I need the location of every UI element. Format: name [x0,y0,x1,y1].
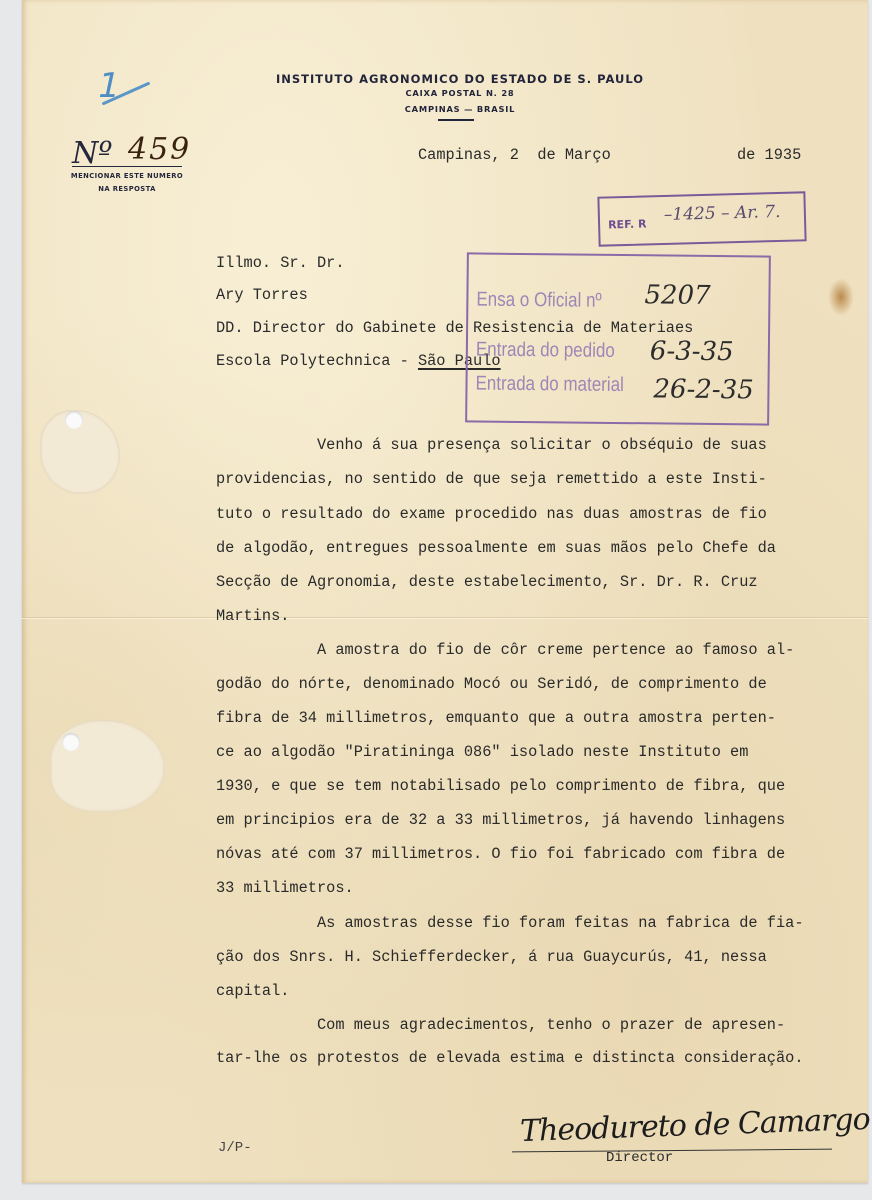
ensaio-number-value: 5207 [644,280,710,311]
ref-stamp: REF. R –1425 – Ar. 7. [597,191,806,246]
date-year: de 1935 [737,146,801,164]
letterhead-postal: CAIXA POSTAL N. 28 [260,88,660,98]
body-line: As amostras desse fio foram feitas na fa… [216,914,804,932]
punch-hole [65,411,83,429]
body-line: Venho á sua presença solicitar o obséqui… [216,436,767,454]
body-line: de algodão, entregues pessoalmente em su… [216,539,776,557]
body-line: Secção de Agronomia, deste estabelecimen… [216,573,758,591]
addressee-institution-name: Escola Polytechnica - [216,352,418,370]
body-line: 33 millimetros. [216,879,354,897]
pedido-date-value: 6-3-35 [650,336,734,367]
body-line: nóvas até com 37 millimetros. O fio foi … [216,845,785,863]
body-line: Com meus agradecimentos, tenho o prazer … [216,1016,785,1034]
number-caption-line1: MENCIONAR ESTE NUMERO [62,172,192,180]
body-line: em principios era de 32 a 33 millimetros… [216,811,785,829]
typist-initials: J/P- [218,1140,252,1156]
body-line: Martins. [216,607,289,625]
body-line: providencias, no sentido de que seja rem… [216,470,767,488]
body-line: fibra de 34 millimetros, emquanto que a … [216,709,776,727]
body-line: tar-lhe os protestos de elevada estima e… [216,1049,804,1067]
body-line: capital. [216,982,289,1000]
punch-hole [62,733,80,751]
body-line: A amostra do fio de côr creme pertence a… [216,641,794,659]
ref-stamp-label: REF. R [608,217,647,231]
signatory-role: Director [606,1150,673,1166]
material-date-label: Entrada do material [475,373,624,398]
date-line: Campinas, 2 de Março [418,146,611,164]
letterhead-city: CAMPINAS — BRASIL [260,104,660,114]
ensaio-oficial-stamp: Ensa o Oficial nº 5207 Entrada do pedido… [465,252,771,425]
addressee-salutation: Illmo. Sr. Dr. [216,254,345,272]
letterhead-rule [438,119,474,121]
ref-stamp-handwritten: –1425 – Ar. 7. [664,202,781,225]
body-line: godão do nórte, denominado Mocó ou Serid… [216,675,767,693]
letterhead-title: INSTITUTO AGRONOMICO DO ESTADO DE S. PAU… [260,72,660,86]
number-caption-line2: NA RESPOSTA [62,185,192,193]
ensaio-number-label: Ensa o Oficial nº [476,289,602,313]
addressee-institution: Escola Polytechnica - São Paulo [216,352,501,370]
addressee-name: Ary Torres [216,286,308,304]
body-line: ção dos Snrs. H. Schiefferdecker, á rua … [216,948,767,966]
paper-stain [828,278,854,316]
material-date-value: 26-2-35 [653,374,754,405]
number-rule [72,166,182,167]
body-line: tuto o resultado do exame procedido nas … [216,505,767,523]
fold-crease [22,617,868,618]
body-line: ce ao algodão "Piratininga 086" isolado … [216,743,748,761]
pedido-date-label: Entrada do pedido [476,339,615,363]
number-value: 459 [128,132,191,167]
body-line: 1930, e que se tem notabilisado pelo com… [216,777,785,795]
